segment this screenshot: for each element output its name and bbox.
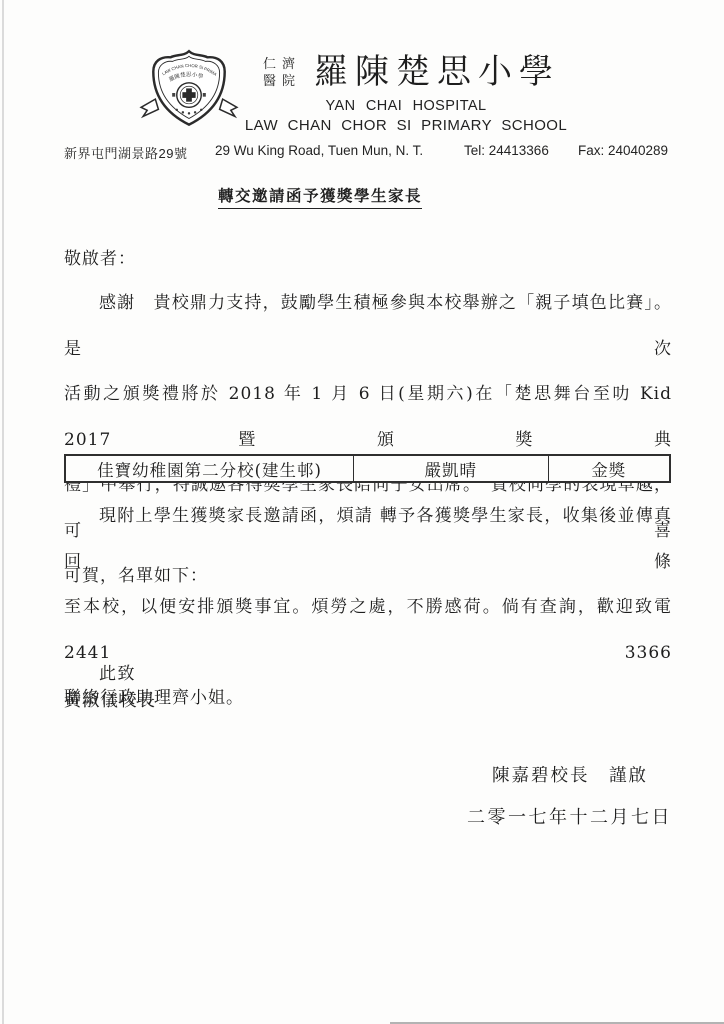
signoff-date: 二零一七年十二月七日 bbox=[467, 803, 672, 829]
crest-cross-icon-bar bbox=[182, 92, 195, 98]
letter-title: 轉交邀請函予獲獎學生家長 bbox=[0, 184, 640, 206]
recipient-name: 黃淑儀校長 bbox=[64, 688, 157, 715]
hospital-name-chinese-line2: 醫院 bbox=[263, 73, 301, 90]
school-name-english: LAW CHAN CHOR SI PRIMARY SCHOOL bbox=[200, 117, 612, 134]
paragraph-2-line-1: 現附上學生獲獎家長邀請函，煩請 轉予各獲獎學生家長，收集後並傳真回條 bbox=[64, 494, 672, 585]
phone-number: Tel: 24413366 bbox=[464, 143, 549, 158]
crest-side-mark-left bbox=[172, 93, 175, 97]
salutation: 敬啟者： bbox=[64, 244, 136, 269]
hospital-name-english: YAN CHAI HOSPITAL bbox=[200, 98, 612, 114]
letter-title-text: 轉交邀請函予獲獎學生家長 bbox=[218, 186, 422, 209]
address-line: 新界屯門湖景路29號 29 Wu King Road, Tuen Mun, N.… bbox=[0, 143, 724, 163]
paragraph-1-line-2: 活動之頒獎禮將於 2018 年 1 月 6 日(星期六)在「楚思舞台至叻 Kid… bbox=[64, 372, 672, 463]
address-english: 29 Wu King Road, Tuen Mun, N. T. bbox=[215, 143, 423, 158]
award-table: 佳寶幼稚園第二分校(建生邨) 嚴凱晴 金獎 bbox=[64, 454, 671, 483]
school-name-chinese: 羅陳楚思小學 bbox=[314, 44, 560, 93]
hospital-name-chinese-line1: 仁濟 bbox=[263, 56, 301, 73]
closing-block: 此致 黃淑儀校長 bbox=[64, 661, 157, 715]
fax-number: Fax: 24040289 bbox=[578, 143, 668, 158]
award-table-prize-cell: 金獎 bbox=[548, 456, 669, 481]
hospital-name-chinese: 仁濟 醫院 bbox=[263, 56, 301, 90]
address-chinese: 新界屯門湖景路29號 bbox=[64, 143, 187, 162]
closing-salute: 此致 bbox=[64, 661, 157, 688]
letter-page: LAW CHAN CHOR SI PRIMARY SCHOOL 羅陳楚思小學 仁… bbox=[0, 0, 724, 1024]
signoff-name: 陳嘉碧校長 謹啟 bbox=[492, 762, 648, 787]
award-table-student-cell: 嚴凱晴 bbox=[353, 456, 548, 481]
award-table-school-cell: 佳寶幼稚園第二分校(建生邨) bbox=[66, 456, 353, 481]
crest-ribbon-left-icon bbox=[141, 99, 158, 116]
crest-side-mark-right bbox=[203, 93, 206, 97]
paragraph-1-line-1: 感謝 貴校鼎力支持，鼓勵學生積極參與本校舉辦之「親子填色比賽」。是次 bbox=[64, 281, 672, 372]
